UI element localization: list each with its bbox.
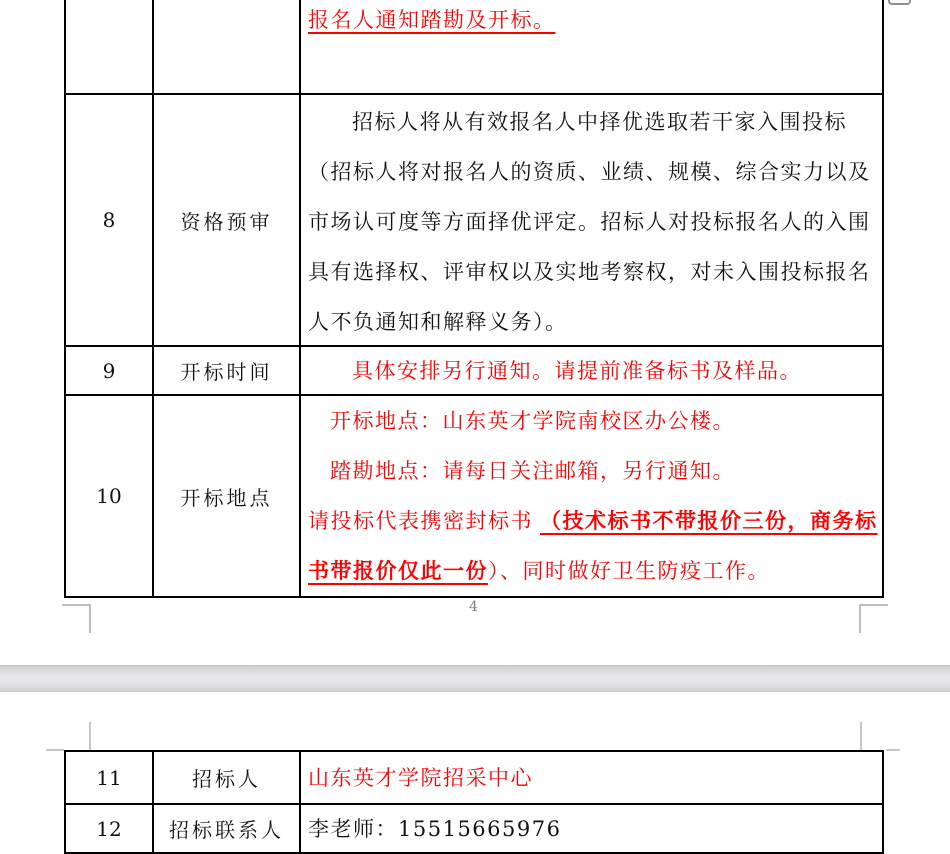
continuation-text: 报名人通知踏勘及开标。 bbox=[308, 0, 882, 35]
row-label-cell: 招标联系人 bbox=[154, 805, 301, 852]
row-content-cell: 山东英才学院招采中心 bbox=[301, 752, 882, 803]
row-content-cell: 具体安排另行通知。请提前准备标书及样品。 bbox=[301, 347, 882, 394]
cell-text-line: 请投标代表携密封标书（技术标书不带报价三份，商务标 bbox=[308, 496, 882, 546]
row-number-cell bbox=[66, 0, 154, 93]
tender-table-page5: 11 招标人 山东英才学院招采中心 12 招标联系人 李老师：155156659… bbox=[64, 750, 884, 854]
margin-mark-top-right bbox=[860, 722, 862, 751]
word-document-view: 报名人通知踏勘及开标。 8 资格预审 招标人将从有效报名人中择优选取若干家入围投… bbox=[0, 0, 950, 854]
margin-mark-bottom-right bbox=[859, 604, 888, 633]
text-regular: 请投标代表携密封标书 bbox=[308, 509, 533, 533]
text-bold-underline: 书带报价仅此一份 bbox=[308, 558, 488, 583]
tender-table-page4: 报名人通知踏勘及开标。 8 资格预审 招标人将从有效报名人中择优选取若干家入围投… bbox=[64, 0, 884, 598]
cell-text-line: 李老师：15515665976 bbox=[308, 805, 561, 852]
text-regular: ）、同时做好卫生防疫工作。 bbox=[488, 559, 770, 583]
table-row-10: 10 开标地点 开标地点：山东英才学院南校区办公楼。 踏勘地点：请每日关注邮箱，… bbox=[66, 396, 882, 598]
cell-text-line: 踏勘地点：请每日关注邮箱，另行通知。 bbox=[308, 446, 882, 496]
cell-text-line: 市场认可度等方面择优评定。招标人对投标报名人的入围 bbox=[308, 197, 882, 247]
cell-text-line: 具有选择权、评审权以及实地考察权，对未入围投标报名 bbox=[308, 247, 882, 297]
row-content-cell: 开标地点：山东英才学院南校区办公楼。 踏勘地点：请每日关注邮箱，另行通知。 请投… bbox=[301, 396, 882, 596]
cell-text-line: 招标人将从有效报名人中择优选取若干家入围投标 bbox=[308, 97, 882, 147]
table-row-12: 12 招标联系人 李老师：15515665976 bbox=[66, 805, 882, 854]
page-number-footer: 4 bbox=[64, 599, 884, 615]
margin-mark-top-left-tick bbox=[46, 749, 64, 751]
table-row-continuation: 报名人通知踏勘及开标。 bbox=[66, 0, 882, 95]
row-label-cell bbox=[154, 0, 301, 93]
text-bold-underline: （技术标书不带报价三份，商务标 bbox=[540, 508, 878, 533]
row-label-cell: 资格预审 bbox=[154, 95, 301, 345]
row-number-cell: 10 bbox=[66, 396, 154, 596]
margin-mark-top-left bbox=[89, 722, 91, 751]
cell-text-line: 山东英才学院招采中心 bbox=[308, 753, 533, 803]
cell-text-line: 具体安排另行通知。请提前准备标书及样品。 bbox=[308, 347, 802, 394]
row-content-cell: 李老师：15515665976 bbox=[301, 805, 882, 852]
row-number-cell: 11 bbox=[66, 752, 154, 803]
table-row-9: 9 开标时间 具体安排另行通知。请提前准备标书及样品。 bbox=[66, 347, 882, 396]
cell-text-line: 开标地点：山东英才学院南校区办公楼。 bbox=[308, 396, 882, 446]
row-label-cell: 开标时间 bbox=[154, 347, 301, 394]
row-content-cell: 招标人将从有效报名人中择优选取若干家入围投标 （招标人将对报名人的资质、业绩、规… bbox=[301, 95, 882, 345]
margin-mark-bottom-left bbox=[62, 604, 91, 633]
row-label-cell: 招标人 bbox=[154, 752, 301, 803]
cell-text-line: 人不负通知和解释义务）。 bbox=[308, 297, 882, 345]
cell-text-line: 书带报价仅此一份）、同时做好卫生防疫工作。 bbox=[308, 546, 882, 596]
page-separator bbox=[0, 665, 950, 692]
row-number-cell: 12 bbox=[66, 805, 154, 852]
cell-text-line: （招标人将对报名人的资质、业绩、规模、综合实力以及 bbox=[308, 147, 882, 197]
scroll-widget[interactable] bbox=[888, 0, 911, 5]
row-number-cell: 8 bbox=[66, 95, 154, 345]
table-row-8: 8 资格预审 招标人将从有效报名人中择优选取若干家入围投标 （招标人将对报名人的… bbox=[66, 95, 882, 347]
margin-mark-top-right-tick bbox=[886, 749, 900, 751]
row-content-cell: 报名人通知踏勘及开标。 bbox=[301, 0, 882, 93]
row-label-cell: 开标地点 bbox=[154, 396, 301, 596]
row-number-cell: 9 bbox=[66, 347, 154, 394]
table-row-11: 11 招标人 山东英才学院招采中心 bbox=[66, 752, 882, 805]
